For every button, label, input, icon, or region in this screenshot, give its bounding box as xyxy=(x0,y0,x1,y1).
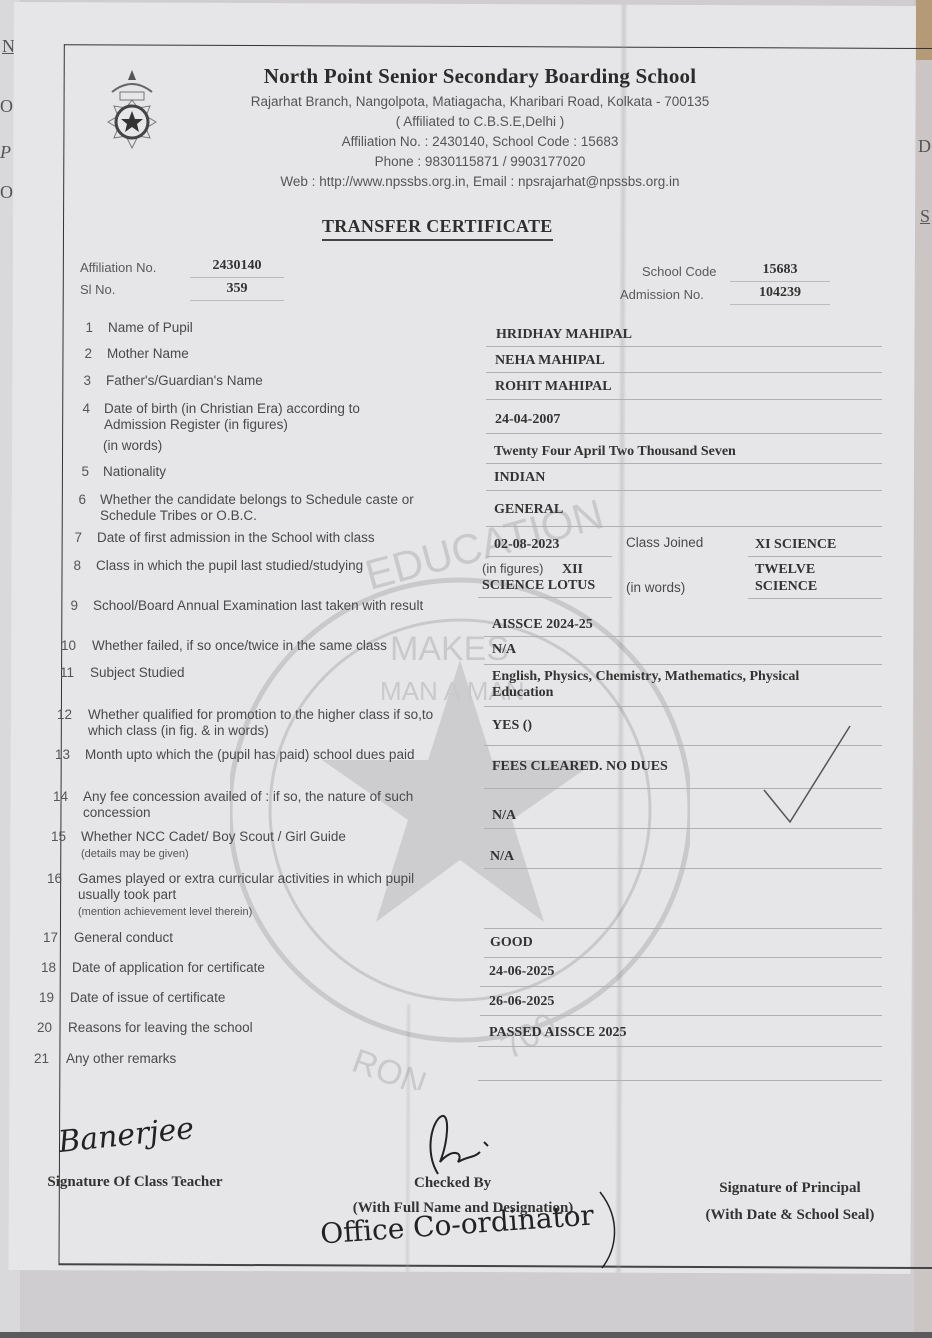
field-label-date-of-birth: Date of birth (in Christian Era) accordi… xyxy=(104,401,414,433)
field-underline xyxy=(486,399,882,400)
field-number: 21 xyxy=(29,1051,49,1066)
field-number: 3 xyxy=(71,373,91,388)
field-value-class-words-line1: TWELVE xyxy=(755,562,815,578)
field-number: 15 xyxy=(46,829,66,844)
background-edge-letter: O xyxy=(0,182,13,203)
field-underline xyxy=(748,556,882,557)
field-underline xyxy=(748,598,882,599)
school-address: Rajarhat Branch, Nangolpota, Matiagacha,… xyxy=(200,94,760,109)
school-affiliation-line: Affiliation No. : 2430140, School Code :… xyxy=(200,134,760,149)
school-crest-star-icon xyxy=(102,70,162,156)
field-label-other-remarks: Any other remarks xyxy=(66,1051,436,1067)
field-underline xyxy=(486,526,882,527)
field-value-dues-paid: FEES CLEARED. NO DUES xyxy=(492,759,668,775)
field-label-promotion: Whether qualified for promotion to the h… xyxy=(88,707,448,739)
field-value-last-examination: AISSCE 2024-25 xyxy=(492,617,593,633)
field-value-class-joined: XI SCIENCE xyxy=(755,537,836,553)
field-value-dob-in-words: Twenty Four April Two Thousand Seven xyxy=(494,444,736,460)
field-underline xyxy=(484,706,882,707)
field-label-caste-category: Whether the candidate belongs to Schedul… xyxy=(100,492,460,524)
field-number: 4 xyxy=(70,401,90,416)
field-underline xyxy=(486,556,612,557)
field-label-class-last-studied: Class in which the pupil last studied/st… xyxy=(96,558,466,574)
field-number: 14 xyxy=(48,789,68,804)
extra-curricular-note: (mention achievement level therein) xyxy=(78,906,252,918)
field-value-class-words-line2: SCIENCE xyxy=(755,579,817,595)
checker-signature-icon xyxy=(418,1112,498,1182)
field-number: 19 xyxy=(34,990,54,1005)
field-value-caste-category: GENERAL xyxy=(494,502,563,518)
field-underline xyxy=(486,463,882,464)
ncc-scout-label-text: Whether NCC Cadet/ Boy Scout / Girl Guid… xyxy=(81,829,346,844)
field-value-fee-concession: N/A xyxy=(492,808,516,824)
background-edge-letter: P xyxy=(0,142,11,163)
field-value-application-date: 24-06-2025 xyxy=(489,964,554,980)
field-number: 10 xyxy=(56,638,76,653)
field-label-father-guardian-name: Father's/Guardian's Name xyxy=(106,373,476,389)
field-label-whether-failed: Whether failed, if so once/twice in the … xyxy=(92,638,462,654)
background-edge-letter: O xyxy=(0,96,13,117)
ncc-scout-note: (details may be given) xyxy=(81,848,189,860)
field-underline xyxy=(478,597,612,598)
field-underline xyxy=(484,868,882,869)
field-underline xyxy=(486,433,882,434)
field-underline xyxy=(478,1080,882,1081)
school-code-value: 15683 xyxy=(730,262,830,282)
checked-by-label: Checked By xyxy=(414,1175,514,1192)
field-number: 6 xyxy=(66,492,86,507)
field-value-whether-failed: N/A xyxy=(492,642,516,658)
field-number: 13 xyxy=(50,747,70,762)
school-name: North Point Senior Secondary Boarding Sc… xyxy=(200,64,760,89)
field-label-dob-in-words: (in words) xyxy=(103,438,473,454)
admission-no-value: 104239 xyxy=(730,285,830,305)
in-figures-label: (in figures) xyxy=(482,561,562,577)
class-joined-label: Class Joined xyxy=(626,535,726,551)
field-underline xyxy=(484,928,882,929)
school-phone: Phone : 9830115871 / 9903177020 xyxy=(200,154,760,169)
extra-curricular-label-text: Games played or extra curricular activit… xyxy=(78,871,414,902)
field-number: 5 xyxy=(69,464,89,479)
field-underline xyxy=(484,957,882,958)
field-value-father-guardian-name: ROHIT MAHIPAL xyxy=(495,379,612,395)
field-value-issue-date: 26-06-2025 xyxy=(489,994,554,1010)
field-number: 1 xyxy=(73,320,93,335)
field-underline xyxy=(486,372,882,373)
class-teacher-signature-label: Signature Of Class Teacher xyxy=(24,1174,246,1191)
field-underline xyxy=(478,1046,882,1047)
field-number: 8 xyxy=(61,558,81,573)
field-label-general-conduct: General conduct xyxy=(74,930,444,946)
field-value-class-figures-line2: SCIENCE LOTUS xyxy=(482,578,595,594)
field-number: 2 xyxy=(72,346,92,361)
field-underline xyxy=(486,346,882,347)
field-value-class-figures-line1: XII xyxy=(562,562,583,578)
field-value-ncc-scout: N/A xyxy=(490,849,514,865)
field-label-last-examination: School/Board Annual Examination last tak… xyxy=(93,598,443,614)
field-label-name-of-pupil: Name of Pupil xyxy=(108,320,478,336)
field-label-first-admission: Date of first admission in the School wi… xyxy=(97,530,467,546)
field-number: 12 xyxy=(52,707,72,722)
field-underline xyxy=(480,986,882,987)
sl-no-label: Sl No. xyxy=(80,282,115,297)
field-label-nationality: Nationality xyxy=(103,464,473,480)
field-value-first-admission-date: 02-08-2023 xyxy=(494,537,559,553)
principal-seal-label: (With Date & School Seal) xyxy=(680,1207,900,1224)
field-value-general-conduct: GOOD xyxy=(490,935,533,951)
school-code-label: School Code xyxy=(642,264,716,279)
field-value-promotion: YES () xyxy=(492,718,532,734)
affiliation-no-value: 2430140 xyxy=(190,258,284,278)
field-label-issue-date: Date of issue of certificate xyxy=(70,990,440,1006)
background-bottom xyxy=(0,1332,932,1338)
field-underline xyxy=(484,664,882,665)
field-number: 16 xyxy=(42,871,62,886)
field-number: 11 xyxy=(54,665,74,680)
field-value-mother-name: NEHA MAHIPAL xyxy=(495,353,605,369)
field-value-date-of-birth: 24-04-2007 xyxy=(495,412,560,428)
checkmark-icon xyxy=(760,720,860,830)
field-label-application-date: Date of application for certificate xyxy=(72,960,442,976)
field-value-nationality: INDIAN xyxy=(494,470,545,486)
field-value-name-of-pupil: HRIDHAY MAHIPAL xyxy=(496,327,632,343)
principal-signature-label: Signature of Principal xyxy=(680,1180,900,1197)
field-number: 17 xyxy=(38,930,58,945)
field-value-subjects-studied: English, Physics, Chemistry, Mathematics… xyxy=(492,669,832,701)
field-label-extra-curricular: Games played or extra curricular activit… xyxy=(78,871,448,920)
field-value-reason-leaving: PASSED AISSCE 2025 xyxy=(489,1025,626,1041)
field-number: 7 xyxy=(62,530,82,545)
field-label-subjects-studied: Subject Studied xyxy=(90,665,460,681)
field-number: 18 xyxy=(36,960,56,975)
field-label-dues-paid: Month upto which the (pupil has paid) sc… xyxy=(85,747,445,763)
field-underline xyxy=(486,490,882,491)
field-number: 20 xyxy=(32,1020,52,1035)
handwritten-bracket-icon xyxy=(596,1190,620,1270)
field-label-mother-name: Mother Name xyxy=(107,346,477,362)
field-label-ncc-scout: Whether NCC Cadet/ Boy Scout / Girl Guid… xyxy=(81,829,441,862)
field-label-reason-leaving: Reasons for leaving the school xyxy=(68,1020,438,1036)
field-underline xyxy=(480,1015,882,1016)
field-number: 9 xyxy=(58,598,78,613)
sl-no-value: 359 xyxy=(190,281,284,301)
certificate-title: TRANSFER CERTIFICATE xyxy=(322,216,553,241)
in-words-label: (in words) xyxy=(626,580,706,596)
affiliation-no-label: Affiliation No. xyxy=(80,260,156,275)
field-underline xyxy=(484,636,882,637)
field-label-fee-concession: Any fee concession availed of : if so, t… xyxy=(83,789,443,821)
school-web-email: Web : http://www.npssbs.org.in, Email : … xyxy=(200,174,760,189)
admission-no-label: Admission No. xyxy=(620,287,704,302)
school-affiliated-to: ( Affiliated to C.B.S.E,Delhi ) xyxy=(200,114,760,129)
